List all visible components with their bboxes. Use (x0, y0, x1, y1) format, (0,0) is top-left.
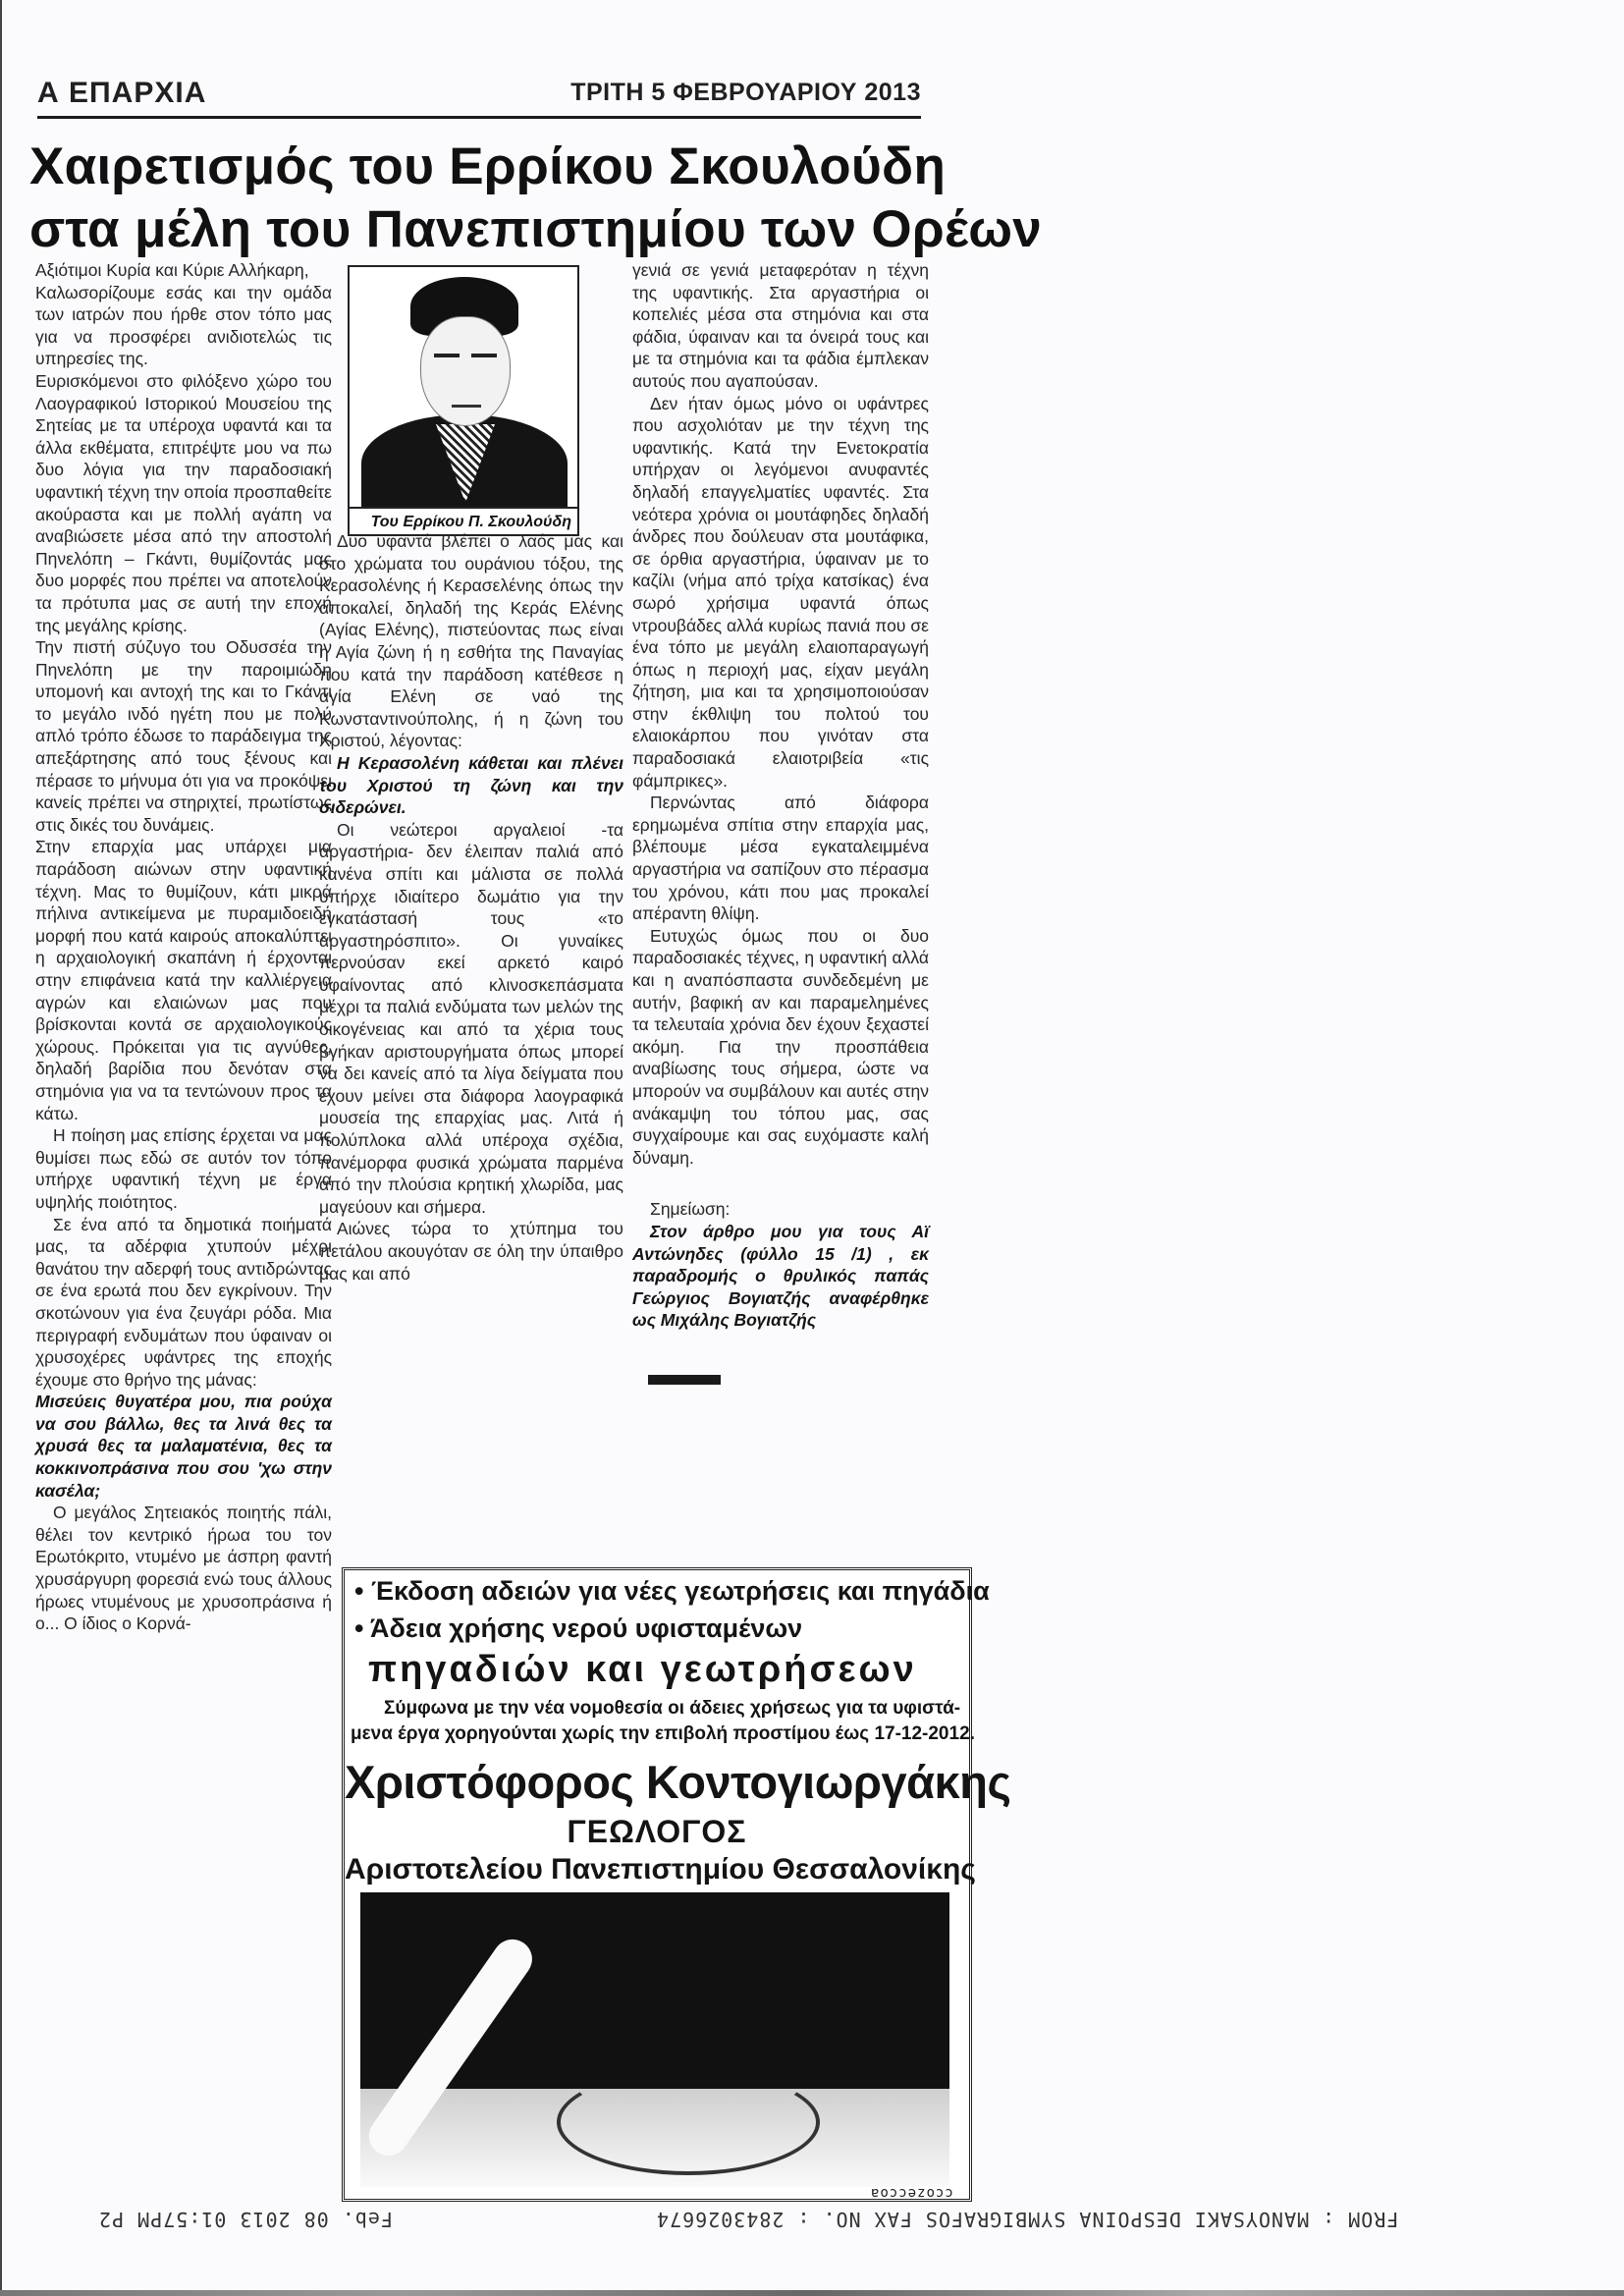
paragraph: Στην επαρχία μας υπάρχει μια παράδοση αι… (35, 836, 332, 1124)
paragraph: Ο μεγάλος Σητειακός ποιητής πάλι, θέλει … (35, 1502, 332, 1635)
note-label: Σημείωση: (632, 1198, 929, 1221)
photo-hose-shape (557, 2069, 820, 2175)
author-photo: Του Ερρίκου Π. Σκουλούδη (348, 265, 579, 536)
paragraph: γενιά σε γενιά μεταφερόταν η τέχνη της υ… (632, 259, 929, 393)
title-line-2: στα μέλη του Πανεπιστημίου των Ορέων (29, 198, 933, 261)
article-column-2: Δυο υφαντά βλέπει ο λαός μας και στο χρώ… (319, 530, 623, 1285)
ad-legal-note-2: μενα έργα χορηγούνται χωρίς την επιβολή … (351, 1723, 975, 1745)
article-title: Χαιρετισμός του Ερρίκου Σκουλούδη στα μέ… (29, 136, 933, 261)
article-column-1: Αξιότιμοι Κυρία και Κύριε Αλλήκαρη, Καλω… (35, 259, 332, 1635)
paragraph: Καλωσορίζουμε εσάς και την ομάδα των ιατ… (35, 282, 332, 370)
borehole-water-jet-photo-icon (360, 1892, 949, 2187)
scanned-newspaper-page: Α ΕΠΑΡΧΙΑ ΤΡΙΤΗ 5 ΦΕΒΡΟΥΑΡΙΟΥ 2013 Χαιρε… (0, 0, 1624, 2296)
note-divider (648, 1375, 721, 1385)
ad-stamp: ccozeccoa (870, 2185, 953, 2201)
paragraph: Ευτυχώς όμως που οι δυο παραδοσιακές τέχ… (632, 925, 929, 1170)
fax-sender-line: FROM : MANOYSAKI DESPOINA SYMBIGRAFOS FA… (656, 2208, 1398, 2231)
scan-edge (0, 0, 2, 2296)
paragraph: Ευρισκόμενοι στο φιλόξενο χώρο του Λαογρ… (35, 370, 332, 636)
title-line-1: Χαιρετισμός του Ερρίκου Σκουλούδη (29, 136, 933, 198)
photo-mouth-shape (452, 405, 481, 408)
paragraph: Την πιστή σύζυγο του Οδυσσέα την Πηνελόπ… (35, 636, 332, 836)
geologist-advertisement: • Έκδοση αδειών για νέες γεωτρήσεις και … (342, 1567, 972, 2202)
ad-profession: ΓΕΩΛΟΓΟΣ (345, 1814, 969, 1850)
note-text: Στον άρθρο μου για τους Αϊ Αντώνηδες (φύ… (632, 1221, 929, 1332)
paragraph: Αιώνες τώρα το χτύπημα του πετάλου ακουγ… (319, 1218, 623, 1285)
page-header: Α ΕΠΑΡΧΙΑ ΤΡΙΤΗ 5 ΦΕΒΡΟΥΑΡΙΟΥ 2013 (37, 73, 921, 116)
ad-bullet-1: • Έκδοση αδειών για νέες γεωτρήσεις και … (354, 1576, 979, 1607)
paragraph: Αξιότιμοι Κυρία και Κύριε Αλλήκαρη, (35, 259, 332, 282)
photo-eye-shape (471, 354, 497, 357)
folk-song-quote: Μισεύεις θυγατέρα μου, πια ρούχα να σου … (35, 1391, 332, 1502)
photo-face-shape (420, 316, 511, 426)
spacer (632, 1169, 929, 1198)
scan-edge-bottom (0, 2290, 1624, 2296)
paragraph: Περνώντας από διάφορα ερημωμένα σπίτια σ… (632, 792, 929, 925)
ad-bullet-2-continued: πηγαδιών και γεωτρήσεων (368, 1649, 993, 1691)
ad-bullet-2: • Άδεια χρήσης νερού υφισταμένων (354, 1613, 979, 1644)
paragraph: Σε ένα από τα δημοτικά ποιήματά μας, τα … (35, 1214, 332, 1392)
photo-eye-shape (434, 354, 460, 357)
ad-geologist-name: Χριστόφορος Κοντογιωργάκης (345, 1755, 969, 1809)
ad-university: Αριστοτελείου Πανεπιστημίου Θεσσαλονίκης (345, 1853, 969, 1886)
section-name: Α ΕΠΑΡΧΙΑ (37, 77, 206, 110)
header-rule (37, 116, 921, 119)
paragraph: Οι νεώτεροι αργαλειοί -τα αργαστήρια- δε… (319, 819, 623, 1219)
article-column-3: γενιά σε γενιά μεταφερόταν η τέχνη της υ… (632, 259, 929, 1332)
paragraph: Η ποίηση μας επίσης έρχεται να μας θυμίσ… (35, 1124, 332, 1213)
paragraph: Δεν ήταν όμως μόνο οι υφάντρες που ασχολ… (632, 393, 929, 793)
fax-timestamp: Feb. 08 2013 01:57PM P2 (98, 2208, 393, 2231)
folk-verse-quote: Η Κερασολένη κάθεται και πλένει του Χρισ… (319, 752, 623, 819)
paragraph: Δυο υφαντά βλέπει ο λαός μας και στο χρώ… (319, 530, 623, 752)
ad-legal-note-1: Σύμφωνα με την νέα νομοθεσία οι άδειες χ… (384, 1698, 1008, 1720)
issue-date: ΤΡΙΤΗ 5 ΦΕΒΡΟΥΑΡΙΟΥ 2013 (570, 79, 921, 107)
